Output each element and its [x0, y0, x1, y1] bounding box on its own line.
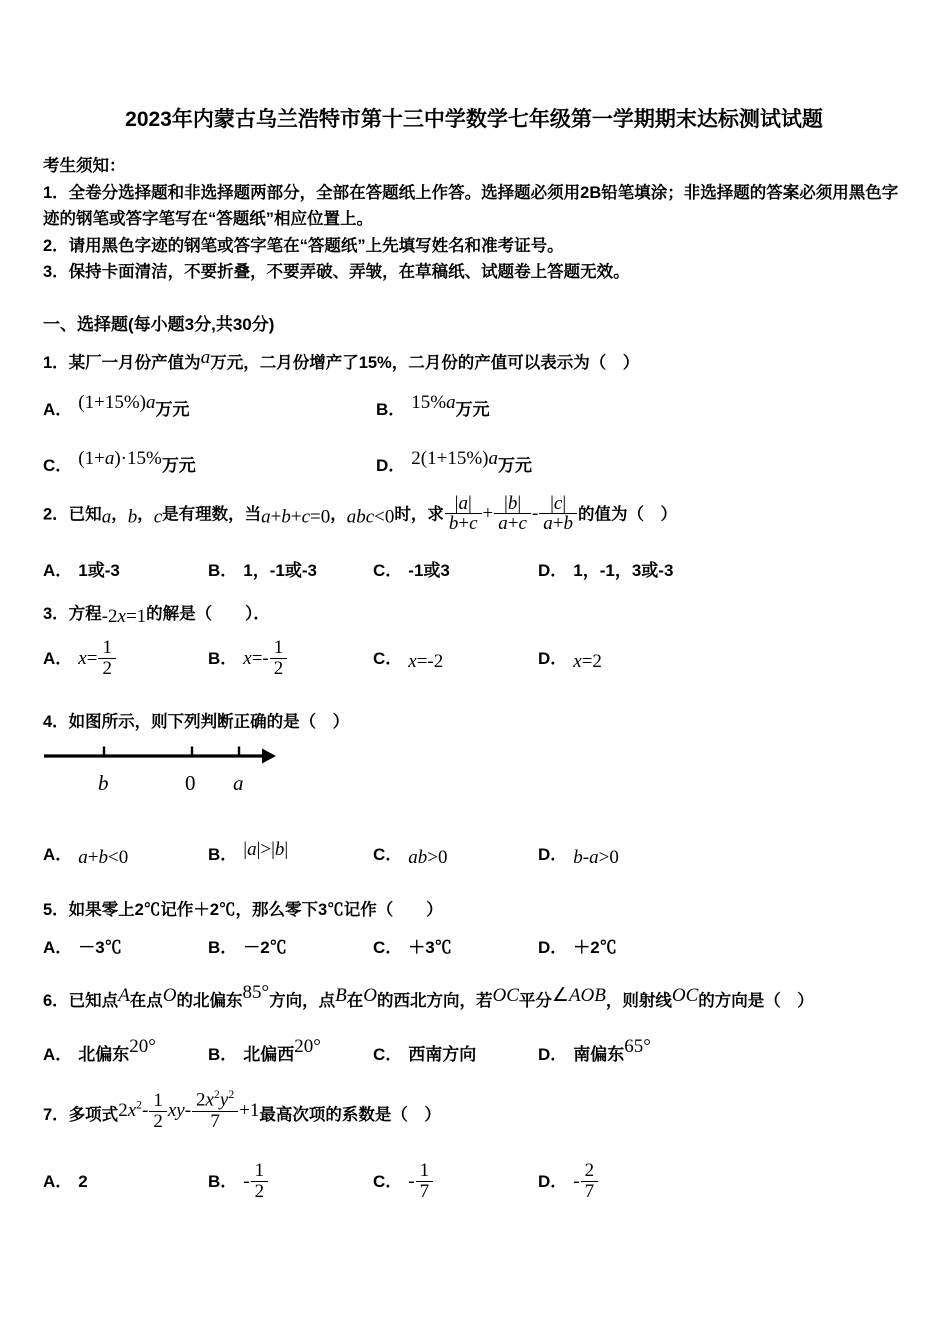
- question-1-option-d: D．2(1+15%)a万元: [376, 448, 709, 476]
- option-value: －2℃: [243, 938, 286, 957]
- option-value: ab>0: [408, 845, 447, 864]
- question-2-options-row: A．1或-3 B．1，-1或-3 C．-1或3 D．1，-1，3或-3: [43, 556, 905, 581]
- option-value: x=-12: [243, 649, 288, 668]
- option-label: D．: [538, 649, 567, 668]
- option-label: A．: [43, 561, 72, 580]
- question-2: 2．已知a，b，c是有理数，当a+b+c=0，abc<0时，求|a|b+c+|b…: [43, 494, 905, 582]
- question-1-options-row-1: A．(1+15%)a万元 B．15%a万元: [43, 392, 905, 420]
- question-6: 6．已知点A在点O的北偏东85°方向，点B在O的西北方向，若OC平分∠AOB，则…: [43, 980, 905, 1065]
- question-7-option-d: D．-27: [538, 1161, 599, 1202]
- notice-item-3: 3．保持卡面清洁，不要折叠，不要弄破、弄皱，在草稿纸、试题卷上答题无效。: [43, 259, 905, 286]
- question-2-option-d: D．1，-1，3或-3: [538, 556, 673, 581]
- question-3-options-row: A．x=12 B．x=-12 C．x=-2 D．x=2: [43, 638, 905, 679]
- option-label: A．: [43, 400, 72, 419]
- question-5-options-row: A．－3℃ B．－2℃ C．＋3℃ D．＋2℃: [43, 933, 905, 958]
- option-value: 1，-1或-3: [243, 561, 317, 580]
- option-label: A．: [43, 845, 72, 864]
- option-value: -1或3: [408, 561, 450, 580]
- numberline-label-b: b: [98, 771, 109, 795]
- option-label: D．: [538, 1172, 567, 1191]
- option-label: B．: [208, 561, 237, 580]
- question-4: 4．如图所示，则下列判断正确的是（ ） b 0 a A．a+b<0 B．|a|>…: [43, 709, 905, 869]
- option-label: A．: [43, 1172, 72, 1191]
- option-value: 1，-1，3或-3: [573, 561, 673, 580]
- option-value: 2: [78, 1172, 87, 1191]
- question-7-option-b: B．-12: [208, 1161, 373, 1202]
- option-label: D．: [538, 1045, 567, 1064]
- question-1-option-c: C．(1+a)·15%万元: [43, 448, 376, 476]
- question-6-option-c: C．西南方向: [373, 1040, 538, 1065]
- number-line-figure: b 0 a: [43, 743, 905, 795]
- axis-arrow-icon: [262, 749, 276, 764]
- question-2-option-c: C．-1或3: [373, 556, 538, 581]
- question-6-options-row: A．北偏东20° B．北偏西20° C．西南方向 D．南偏东65°: [43, 1036, 905, 1065]
- option-label: D．: [538, 845, 567, 864]
- option-value: b-a>0: [573, 845, 619, 864]
- option-label: D．: [538, 561, 567, 580]
- option-value: -27: [573, 1172, 599, 1191]
- question-3: 3．方程-2x=1的解是（ ）． A．x=12 B．x=-12 C．x=-2 D…: [43, 601, 905, 679]
- question-7-option-a: A．2: [43, 1167, 208, 1192]
- notice-item-1: 1．全卷分选择题和非选择题两部分，全部在答题纸上作答。选择题必须用2B铅笔填涂；…: [43, 180, 905, 233]
- option-value: －3℃: [78, 938, 121, 957]
- option-label: C．: [373, 1172, 402, 1191]
- question-6-option-d: D．南偏东65°: [538, 1036, 651, 1065]
- option-value: 北偏西20°: [243, 1045, 321, 1064]
- question-4-option-c: C．ab>0: [373, 840, 538, 869]
- option-label: D．: [538, 938, 567, 957]
- question-3-option-a: A．x=12: [43, 638, 208, 679]
- question-5-option-b: B．－2℃: [208, 933, 373, 958]
- notice-item-2: 2．请用黑色字迹的钢笔或答字笔在“答题纸”上先填写姓名和准考证号。: [43, 233, 905, 260]
- question-7-stem: 7．多项式2x2-12xy-2x2y27+1最高次项的系数是（ ）: [43, 1089, 905, 1131]
- numberline-label-0: 0: [185, 771, 196, 795]
- question-6-stem: 6．已知点A在点O的北偏东85°方向，点B在O的西北方向，若OC平分∠AOB，则…: [43, 980, 905, 1014]
- question-1-option-b: B．15%a万元: [376, 392, 709, 420]
- question-1-options-row-2: C．(1+a)·15%万元 D．2(1+15%)a万元: [43, 448, 905, 476]
- option-value: x=-2: [408, 649, 443, 668]
- question-3-stem: 3．方程-2x=1的解是（ ）．: [43, 601, 905, 630]
- question-5-stem: 5．如果零上2℃记作＋2℃，那么零下3℃记作（ ）: [43, 897, 905, 923]
- question-7: 7．多项式2x2-12xy-2x2y27+1最高次项的系数是（ ） A．2 B．…: [43, 1089, 905, 1202]
- question-3-option-c: C．x=-2: [373, 644, 538, 673]
- question-4-option-a: A．a+b<0: [43, 840, 208, 869]
- option-label: B．: [208, 1045, 237, 1064]
- option-label: C．: [373, 1045, 402, 1064]
- option-label: B．: [208, 938, 237, 957]
- option-label: B．: [208, 649, 237, 668]
- option-label: C．: [373, 561, 402, 580]
- question-5: 5．如果零上2℃记作＋2℃，那么零下3℃记作（ ） A．－3℃ B．－2℃ C．…: [43, 897, 905, 958]
- question-1-option-a: A．(1+15%)a万元: [43, 392, 376, 420]
- question-2-option-b: B．1，-1或-3: [208, 556, 373, 581]
- question-4-option-d: D．b-a>0: [538, 840, 619, 869]
- question-1: 1．某厂一月份产值为a万元，二月份增产了15%，二月份的产值可以表示为（ ） A…: [43, 345, 905, 476]
- option-value: 1或-3: [78, 561, 120, 580]
- question-3-option-d: D．x=2: [538, 644, 602, 673]
- option-value: a+b<0: [78, 845, 128, 864]
- exam-page: 2023年内蒙古乌兰浩特市第十三中学数学七年级第一学期期末达标测试试题 考生须知…: [0, 103, 950, 1202]
- section-heading: 一、选择题(每小题3分,共30分): [43, 310, 905, 335]
- number-line-svg: b 0 a: [43, 743, 278, 795]
- option-value: x=2: [573, 649, 602, 668]
- question-7-options-row: A．2 B．-12 C．-17 D．-27: [43, 1161, 905, 1202]
- option-value: 15%a万元: [411, 400, 489, 419]
- option-label: D．: [376, 456, 405, 475]
- question-5-option-c: C．＋3℃: [373, 933, 538, 958]
- option-label: A．: [43, 649, 72, 668]
- question-4-stem: 4．如图所示，则下列判断正确的是（ ）: [43, 709, 905, 735]
- question-5-option-d: D．＋2℃: [538, 933, 617, 958]
- question-6-option-a: A．北偏东20°: [43, 1036, 208, 1065]
- option-value: -17: [408, 1172, 434, 1191]
- notice-block: 考生须知： 1．全卷分选择题和非选择题两部分，全部在答题纸上作答。选择题必须用2…: [43, 153, 905, 286]
- question-6-option-b: B．北偏西20°: [208, 1036, 373, 1065]
- option-label: A．: [43, 938, 72, 957]
- option-label: C．: [373, 938, 402, 957]
- question-7-option-c: C．-17: [373, 1161, 538, 1202]
- option-value: (1+a)·15%万元: [78, 456, 196, 475]
- option-value: |a|>|b|: [243, 845, 288, 864]
- question-2-stem: 2．已知a，b，c是有理数，当a+b+c=0，abc<0时，求|a|b+c+|b…: [43, 494, 905, 535]
- option-value: 西南方向: [408, 1045, 476, 1064]
- option-label: B．: [208, 845, 237, 864]
- option-value: ＋3℃: [408, 938, 451, 957]
- option-value: ＋2℃: [573, 938, 616, 957]
- option-value: -12: [243, 1172, 269, 1191]
- option-value: (1+15%)a万元: [78, 400, 189, 419]
- option-value: x=12: [78, 649, 117, 668]
- question-4-option-b: B．|a|>|b|: [208, 839, 373, 865]
- question-3-option-b: B．x=-12: [208, 638, 373, 679]
- page-title: 2023年内蒙古乌兰浩特市第十三中学数学七年级第一学期期末达标测试试题: [43, 103, 905, 133]
- option-label: A．: [43, 1045, 72, 1064]
- option-value: 北偏东20°: [78, 1045, 156, 1064]
- option-label: C．: [43, 456, 72, 475]
- option-value: 2(1+15%)a万元: [411, 456, 532, 475]
- question-5-option-a: A．－3℃: [43, 933, 208, 958]
- question-1-stem: 1．某厂一月份产值为a万元，二月份增产了15%，二月份的产值可以表示为（ ）: [43, 345, 905, 376]
- option-value: 南偏东65°: [573, 1045, 651, 1064]
- question-2-option-a: A．1或-3: [43, 556, 208, 581]
- option-label: C．: [373, 845, 402, 864]
- question-4-options-row: A．a+b<0 B．|a|>|b| C．ab>0 D．b-a>0: [43, 839, 905, 869]
- notice-heading: 考生须知：: [43, 153, 905, 180]
- option-label: B．: [208, 1172, 237, 1191]
- option-label: B．: [376, 400, 405, 419]
- numberline-label-a: a: [233, 771, 244, 795]
- option-label: C．: [373, 649, 402, 668]
